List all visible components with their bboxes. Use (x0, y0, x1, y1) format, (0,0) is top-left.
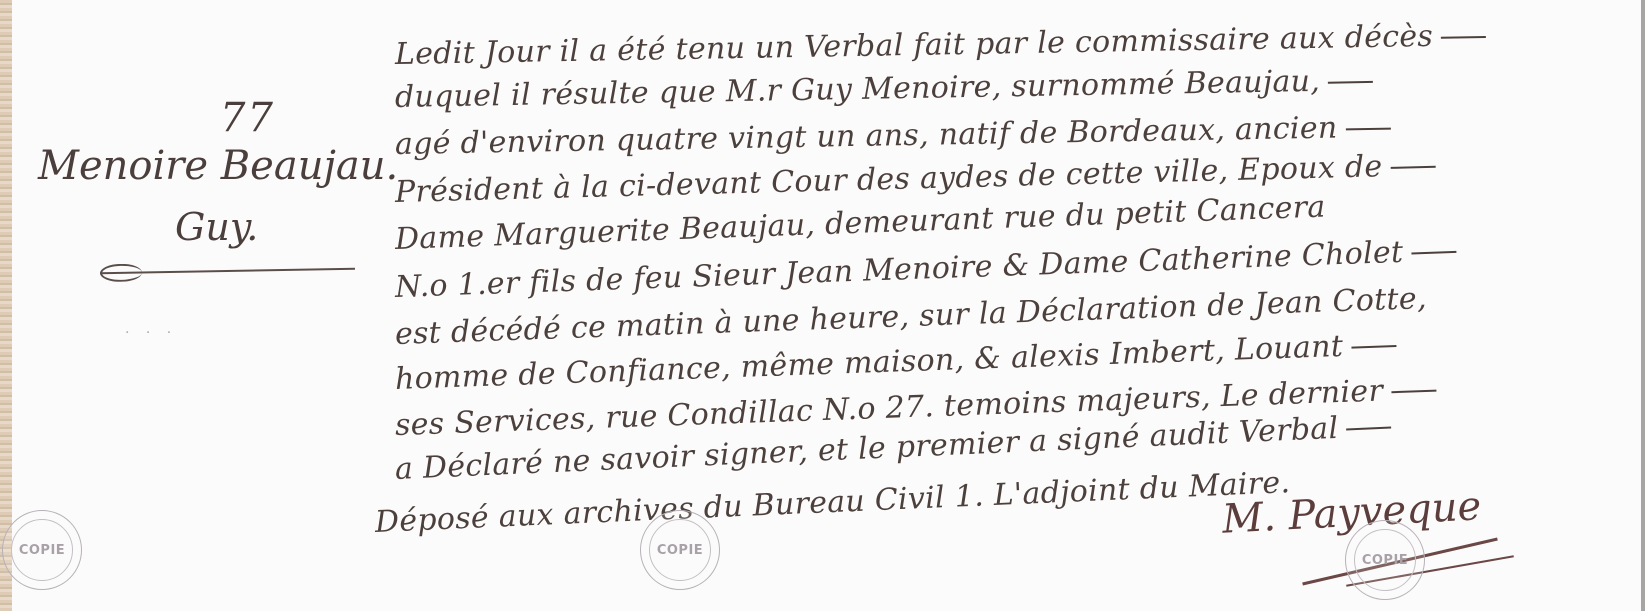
margin-annotation: 77 Menoire Beaujau. Guy. (20, 95, 400, 315)
document-page: 77 Menoire Beaujau. Guy. · · · Ledit Jou… (0, 0, 1645, 611)
page-binding-edge (0, 0, 12, 611)
margin-surname: Menoire Beaujau. (38, 143, 398, 189)
margin-given-name: Guy. (175, 205, 258, 249)
archive-stamp: COPIE (640, 510, 720, 590)
margin-flourish (100, 268, 355, 274)
margin-dots: · · · (125, 325, 177, 341)
archive-stamp: COPIE (2, 510, 82, 590)
archive-stamp: COPIE (1345, 520, 1425, 600)
body-line-2: duquel il résulte que M.r Guy Menoire, s… (395, 63, 1374, 115)
entry-number: 77 (220, 95, 275, 141)
